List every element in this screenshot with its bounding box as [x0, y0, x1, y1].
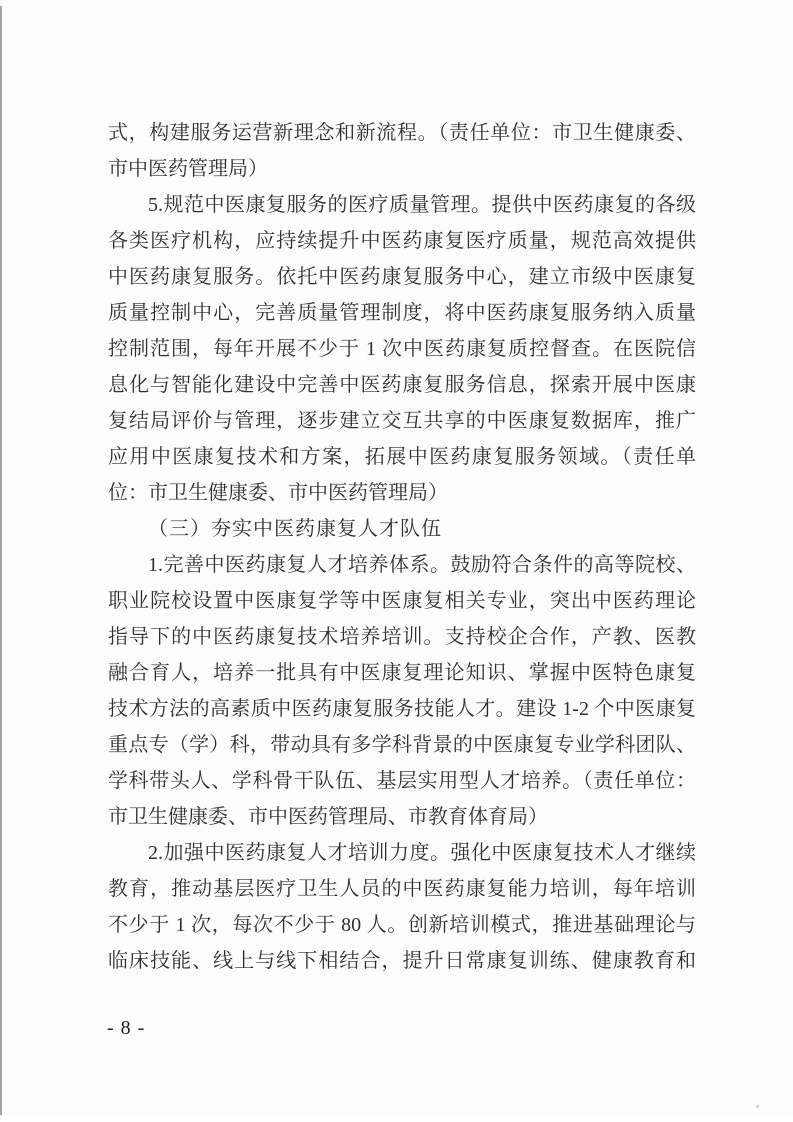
text-line: 各类医疗机构，应持续提升中医药康复医疗质量，规范高效提供: [108, 223, 696, 259]
text-line: 市卫生健康委、市中医药管理局、市教育体育局）: [108, 799, 696, 835]
text-line: 融合育人，培养一批具有中医康复理论知识、掌握中医特色康复: [108, 655, 696, 691]
text-line: 临床技能、线上与线下相结合，提升日常康复训练、健康教育和: [108, 943, 696, 979]
text-line: 式，构建服务运营新理念和新流程。（责任单位：市卫生健康委、: [108, 115, 696, 151]
text-line: 市中医药管理局）: [108, 151, 696, 187]
text-line: 教育，推动基层医疗卫生人员的中医药康复能力培训，每年培训: [108, 871, 696, 907]
text-line: 中医药康复服务。依托中医药康复服务中心，建立市级中医康复: [108, 259, 696, 295]
page-number: - 8 -: [107, 1013, 145, 1043]
text-line: 不少于 1 次，每次不少于 80 人。创新培训模式，推进基础理论与: [108, 907, 696, 943]
text-line: 息化与智能化建设中完善中医药康复服务信息，探索开展中医康: [108, 367, 696, 403]
text-line: 复结局评价与管理，逐步建立交互共享的中医康复数据库，推广: [108, 403, 696, 439]
text-line: 应用中医康复技术和方案，拓展中医药康复服务领域。（责任单: [108, 439, 696, 475]
document-body: 式，构建服务运营新理念和新流程。（责任单位：市卫生健康委、市中医药管理局）5.规…: [108, 115, 696, 979]
text-line: 位：市卫生健康委、市中医药管理局）: [108, 475, 696, 511]
scan-speck: [756, 1105, 759, 1108]
text-line: 2.加强中医药康复人才培训力度。强化中医康复技术人才继续: [108, 835, 696, 871]
text-line: （三）夯实中医药康复人才队伍: [108, 511, 696, 547]
text-line: 1.完善中医药康复人才培养体系。鼓励符合条件的高等院校、: [108, 547, 696, 583]
text-line: 技术方法的高素质中医药康复服务技能人才。建设 1-2 个中医康复: [108, 691, 696, 727]
text-line: 控制范围，每年开展不少于 1 次中医药康复质控督查。在医院信: [108, 331, 696, 367]
document-page: 式，构建服务运营新理念和新流程。（责任单位：市卫生健康委、市中医药管理局）5.规…: [0, 0, 793, 1115]
scanned-document-view: 式，构建服务运营新理念和新流程。（责任单位：市卫生健康委、市中医药管理局）5.规…: [0, 0, 793, 1122]
text-line: 指导下的中医药康复技术培养培训。支持校企合作，产教、医教: [108, 619, 696, 655]
text-line: 学科带头人、学科骨干队伍、基层实用型人才培养。（责任单位：: [108, 763, 696, 799]
text-line: 职业院校设置中医康复学等中医康复相关专业，突出中医药理论: [108, 583, 696, 619]
scan-edge-line: [0, 6, 2, 1115]
text-line: 重点专（学）科，带动具有多学科背景的中医康复专业学科团队、: [108, 727, 696, 763]
text-line: 质量控制中心，完善质量管理制度，将中医药康复服务纳入质量: [108, 295, 696, 331]
text-line: 5.规范中医康复服务的医疗质量管理。提供中医药康复的各级: [108, 187, 696, 223]
